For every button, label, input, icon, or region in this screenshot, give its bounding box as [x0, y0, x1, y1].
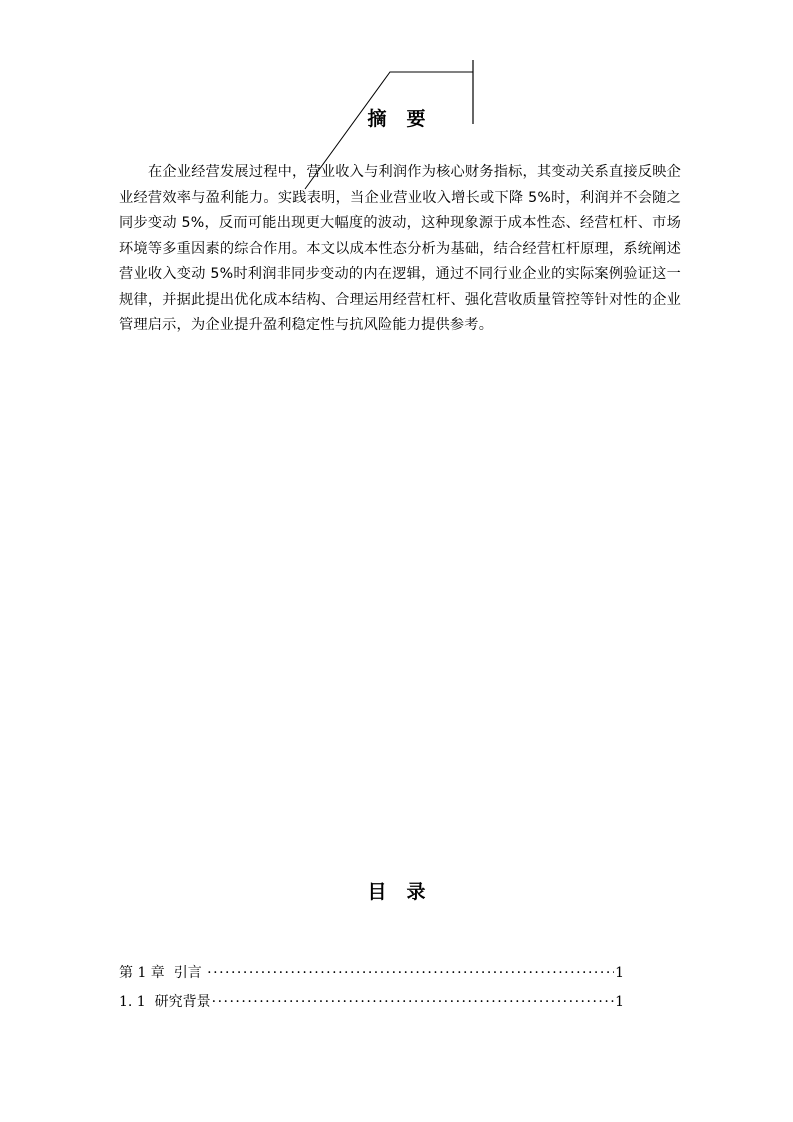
toc-entry-page: 1: [615, 994, 624, 1010]
toc-entry-page: 1: [615, 965, 624, 981]
toc-dot-leader: ········································…: [212, 994, 614, 1010]
toc-entry-label: 第 1 章 引言: [119, 962, 206, 982]
table-of-contents: 第 1 章 引言 ·······························…: [119, 962, 624, 1020]
toc-title: 目录: [0, 877, 793, 904]
toc-title-char-1: 目: [367, 881, 386, 903]
abstract-title-char-2: 要: [407, 108, 426, 130]
toc-title-char-2: 录: [407, 881, 426, 903]
document-page: 摘要 在企业经营发展过程中，营业收入与利润作为核心财务指标，其变动关系直接反映企…: [0, 0, 793, 1122]
toc-entry-chapter-1[interactable]: 第 1 章 引言 ·······························…: [119, 962, 624, 991]
toc-entry-label: 1. 1 研究背景: [119, 991, 211, 1011]
abstract-title: 摘要: [0, 104, 793, 131]
abstract-title-char-1: 摘: [367, 108, 386, 130]
toc-entry-section-1-1[interactable]: 1. 1 研究背景 ······························…: [119, 991, 624, 1020]
abstract-body: 在企业经营发展过程中，营业收入与利润作为核心财务指标，其变动关系直接反映企业经营…: [119, 160, 681, 339]
toc-dot-leader: ········································…: [207, 965, 614, 981]
